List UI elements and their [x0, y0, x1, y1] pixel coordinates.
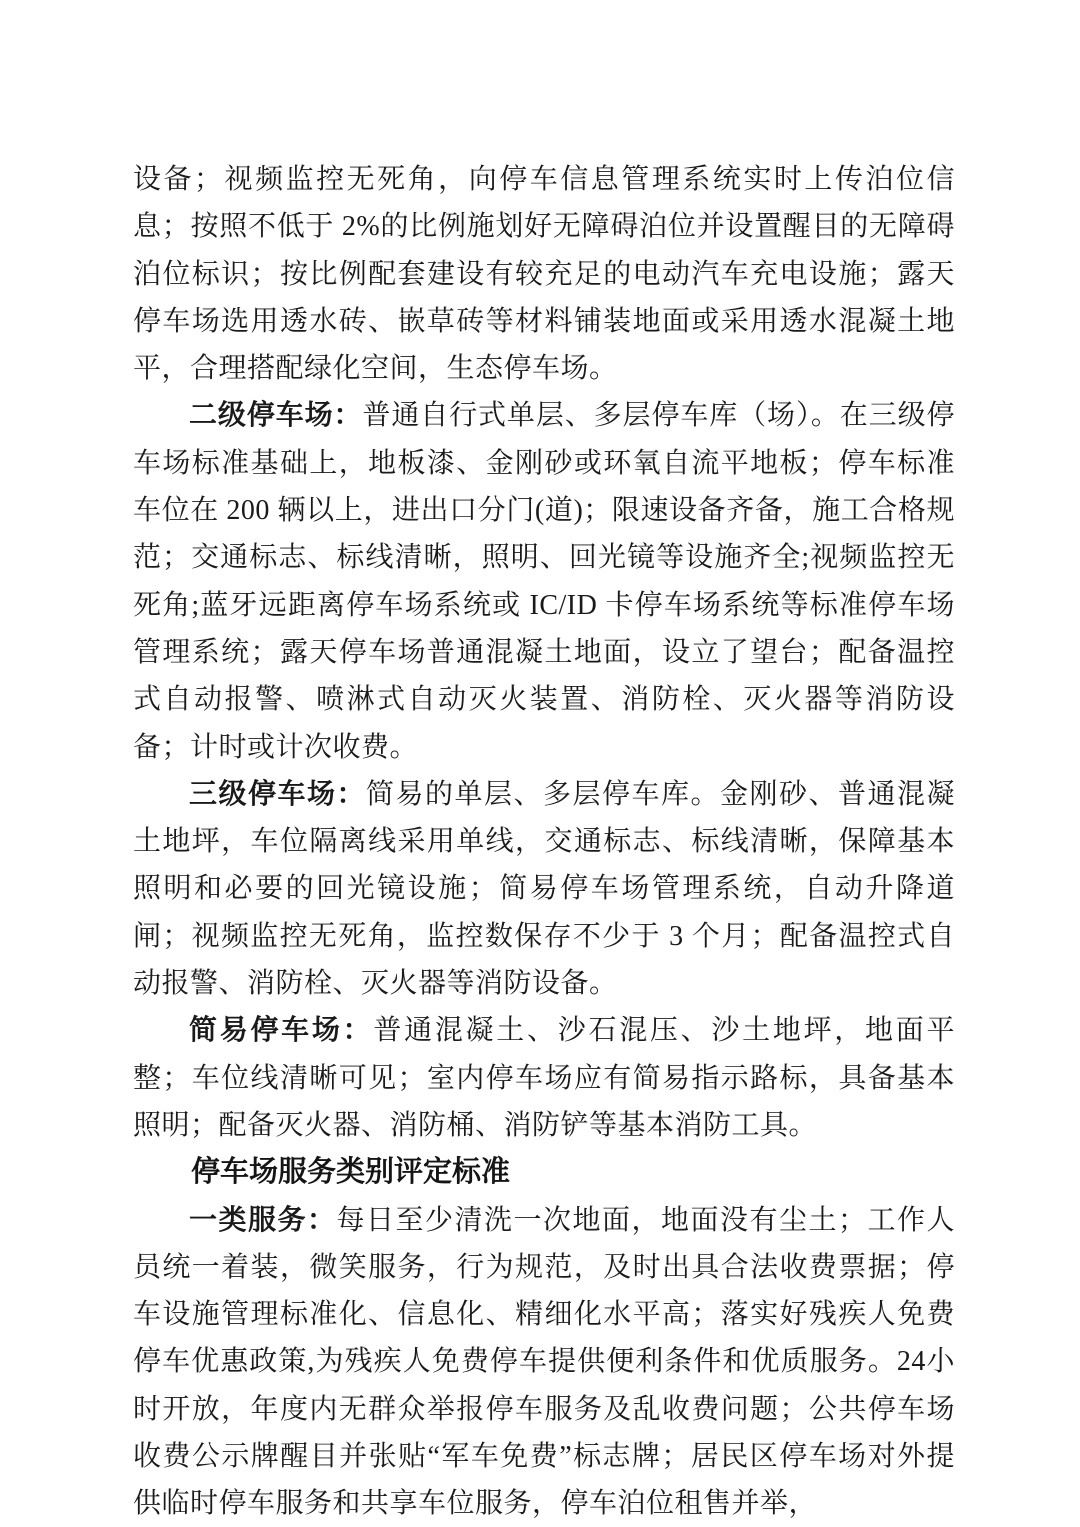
paragraph-lead: 三级停车场： — [189, 779, 366, 810]
paragraph-lead: 二级停车场： — [189, 400, 362, 431]
paragraph-lead: 一类服务： — [189, 1205, 337, 1236]
page-content: 设备；视频监控无死角，向停车信息管理系统实时上传泊位信息；按照不低于 2%的比例… — [133, 156, 955, 1527]
paragraph-class1-service: 一类服务：每日至少清洗一次地面，地面没有尘土；工作人员统一着装，微笑服务，行为规… — [133, 1197, 955, 1527]
paragraph-text: 简易的单层、多层停车库。金刚砂、普通混凝土地坪，车位隔离线采用单线，交通标志、标… — [133, 779, 955, 999]
paragraph-level2-parking: 二级停车场：普通自行式单层、多层停车库（场）。在三级停车场标准基础上，地板漆、金… — [133, 392, 955, 770]
paragraph-text: 每日至少清洗一次地面，地面没有尘土；工作人员统一着装，微笑服务，行为规范，及时出… — [133, 1205, 955, 1520]
paragraph-continuation: 设备；视频监控无死角，向停车信息管理系统实时上传泊位信息；按照不低于 2%的比例… — [133, 156, 955, 392]
document-page: { "page": { "background_color": "#ffffff… — [0, 0, 1080, 1527]
paragraph-level3-parking: 三级停车场：简易的单层、多层停车库。金刚砂、普通混凝土地坪，车位隔离线采用单线，… — [133, 771, 955, 1007]
paragraph-lead: 简易停车场： — [189, 1015, 373, 1046]
section-heading-service-standards: 停车场服务类别评定标准 — [133, 1149, 955, 1196]
paragraph-text: 设备；视频监控无死角，向停车信息管理系统实时上传泊位信息；按照不低于 2%的比例… — [133, 164, 955, 384]
paragraph-simple-parking: 简易停车场：普通混凝土、沙石混压、沙土地坪，地面平整；车位线清晰可见；室内停车场… — [133, 1007, 955, 1149]
paragraph-text: 普通自行式单层、多层停车库（场）。在三级停车场标准基础上，地板漆、金刚砂或环氧自… — [133, 400, 955, 762]
